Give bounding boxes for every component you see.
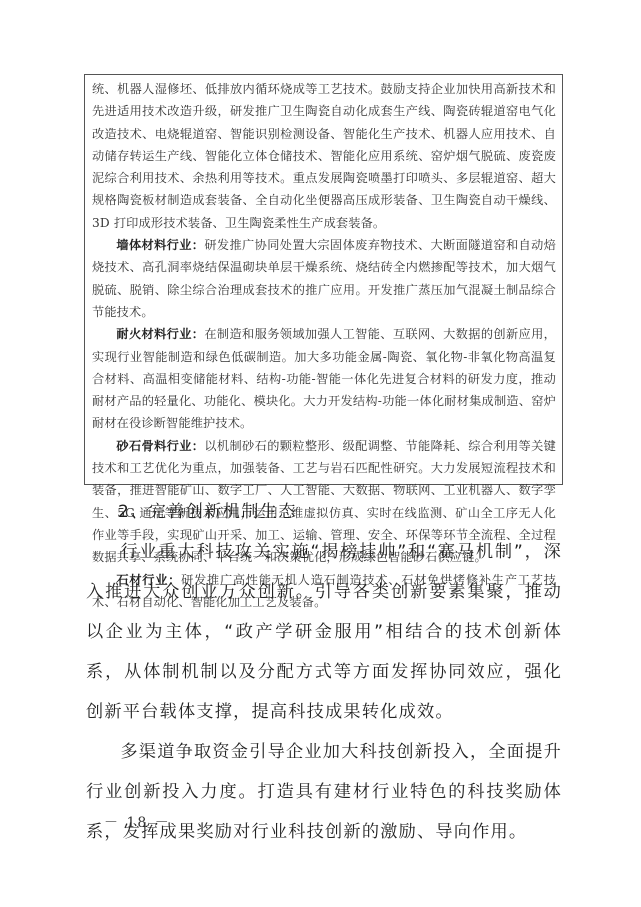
industry-label: 耐火材料行业： <box>116 327 204 341</box>
body-paragraph: 行业重大科技攻关实施“揭榜挂帅”和“赛马机制”，深入推进大众创业万众创新。引导各… <box>86 532 562 732</box>
section-body: 行业重大科技攻关实施“揭榜挂帅”和“赛马机制”，深入推进大众创业万众创新。引导各… <box>86 532 562 852</box>
box-paragraph-wall-materials: 墙体材料行业：研发推广协同处置大宗固体废弃物技术、大断面隧道窑和自动焙烧技术、高… <box>92 234 556 323</box>
page-number: － 18 － <box>104 812 171 832</box>
body-paragraph: 多渠道争取资金引导企业加大科技创新投入，全面提升行业创新投入力度。打造具有建材行… <box>86 732 562 852</box>
industry-technology-box: 统、机器人湿修坯、低排放内循环烧成等工艺技术。鼓励支持企业加快用高新技术和先进适… <box>84 74 563 485</box>
industry-label: 墙体材料行业： <box>116 238 204 252</box>
document-page: 统、机器人湿修坯、低排放内循环烧成等工艺技术。鼓励支持企业加快用高新技术和先进适… <box>0 0 641 907</box>
box-paragraph-refractory: 耐火材料行业：在制造和服务领域加强人工智能、互联网、大数据的创新应用，实现行业智… <box>92 323 556 434</box>
industry-label: 砂石骨料行业： <box>116 439 204 453</box>
paragraph-text: 统、机器人湿修坯、低排放内循环烧成等工艺技术。鼓励支持企业加快用高新技术和先进适… <box>92 82 556 230</box>
box-paragraph-continued: 统、机器人湿修坯、低排放内循环烧成等工艺技术。鼓励支持企业加快用高新技术和先进适… <box>92 78 556 234</box>
section-heading: 2、完善创新机制生态 <box>118 497 297 522</box>
paragraph-text: 在制造和服务领域加强人工智能、互联网、大数据的创新应用，实现行业智能制造和绿色低… <box>92 327 556 430</box>
